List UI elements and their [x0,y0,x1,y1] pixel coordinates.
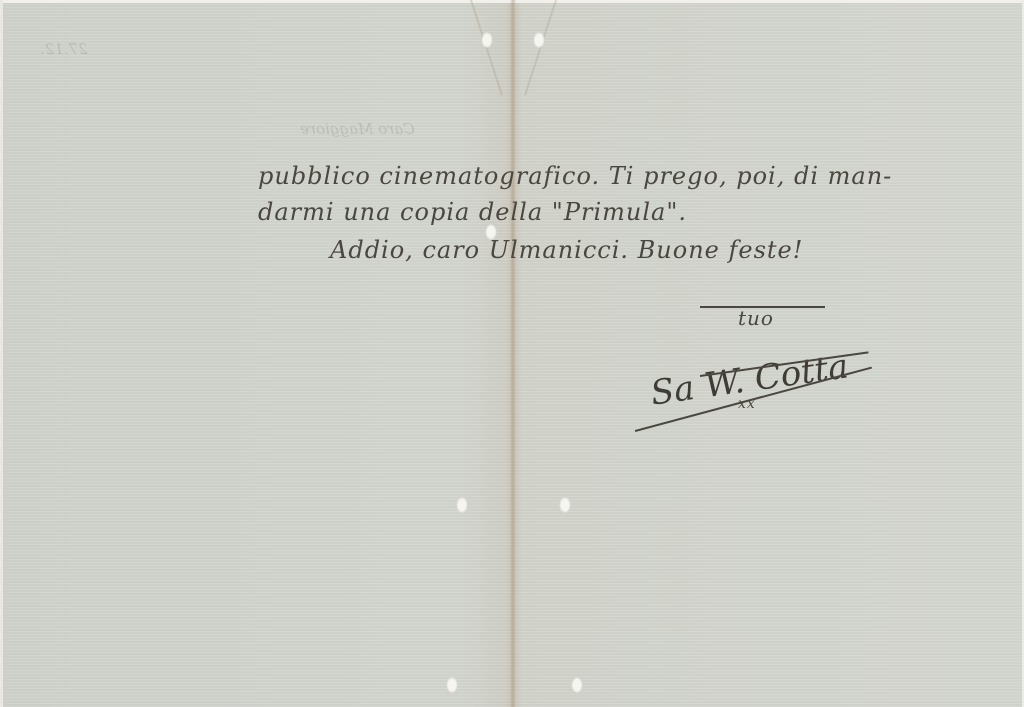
letter-sheet: 27.12. Caro Maggiore pubblico cinematogr… [0,0,1024,707]
center-fold [510,0,516,707]
letter-line-1: pubblico cinematografico. Ti prego, poi,… [258,162,892,190]
pin-hole [532,30,546,50]
pin-hole [445,675,459,695]
letter-line-3: Addio, caro Ulmanicci. Buone feste! [330,236,803,264]
paper-edge-left [0,0,3,707]
pin-hole [455,495,469,515]
signature-mark: xx [738,396,756,412]
pin-hole [570,675,584,695]
closing: tuo [738,306,774,330]
letter-line-2: darmi una copia della "Primula". [258,198,687,226]
bleed-through-date: 27.12. [40,40,88,58]
pin-hole [480,30,494,50]
pin-hole [558,495,572,515]
bleed-through-salutation: Caro Maggiore [300,120,415,138]
